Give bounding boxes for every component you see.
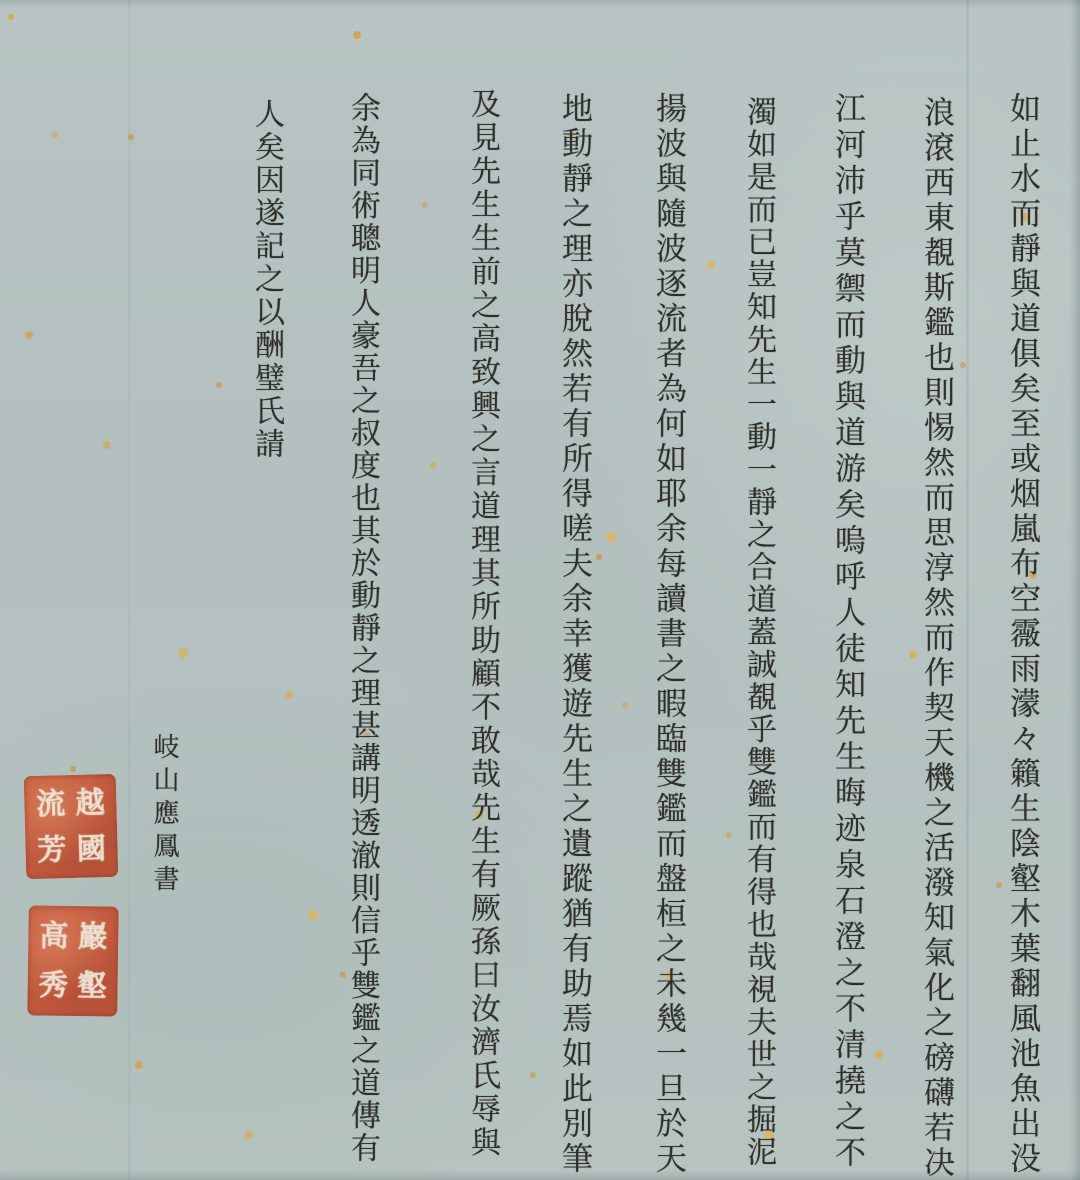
text-column-9: 人矣因遂記之以酬璧氏請: [244, 98, 288, 461]
seal-char: 巖: [78, 922, 107, 951]
paper-seam: [966, 0, 969, 1180]
text-column-1: 如止水而靜與道俱矣至或烟嵐布空霺雨濛々籟生陰壑木葉翻風池魚出没: [1000, 92, 1045, 1177]
seal-char: 流: [36, 789, 66, 819]
seal-char: 越: [75, 788, 105, 818]
text-column-7: 及見先生生前之高致興之言道理其所助顧不敢哉先生有厥孫曰汝濟氏辱與: [460, 88, 504, 1160]
calligraphy-sheet: 如止水而靜與道俱矣至或烟嵐布空霺雨濛々籟生陰壑木葉翻風池魚出没 浪滾西東覩斯鑑也…: [0, 0, 1080, 1180]
red-seal-upper: 越 國 流 芳: [24, 774, 119, 879]
red-seal-lower: 巖 壑 高 秀: [27, 905, 119, 1016]
paper-seam: [128, 0, 131, 1180]
text-column-6: 地動靜之理亦脫然若有所得嗟夫余幸獲遊先生之遺蹤猶有助焉如此別筆: [552, 92, 597, 1177]
signature-column: 岐山應鳳書: [146, 733, 183, 898]
text-column-2: 浪滾西東覩斯鑑也則惕然而思淳然而作契天機之活潑知氣化之磅礴若决: [914, 96, 959, 1180]
seal-characters: 越 國 流 芳: [30, 780, 111, 873]
seal-char: 壑: [77, 971, 106, 1000]
seal-characters: 巖 壑 高 秀: [34, 912, 113, 1010]
text-column-8: 余為同術聰明人豪吾之叔度也其於動靜之理甚講明透澈則信乎雙鑑之道傳有: [340, 92, 384, 1165]
seal-char: 國: [76, 834, 106, 864]
seal-char: 高: [39, 922, 68, 951]
text-column-5: 揚波與隨波逐流者為何如耶余每讀書之暇臨雙鑑而盤桓之未幾一旦於天: [646, 92, 691, 1177]
paper-edge: [1070, 0, 1080, 1180]
seal-char: 秀: [39, 970, 68, 999]
paper-fleck-layer: [8, 14, 14, 20]
text-column-4: 濁如是而已豈知先生一動一靜之合道蓋誠覩乎雙鑑而有得也哉視夫世之掘泥: [736, 96, 780, 1169]
paper-edge: [0, 0, 1080, 8]
seal-char: 芳: [37, 835, 67, 865]
text-column-3: 江河沛乎莫禦而動與道游矣嗚呼人徒知先生晦迹泉石澄之不清撓之不: [825, 92, 870, 1172]
